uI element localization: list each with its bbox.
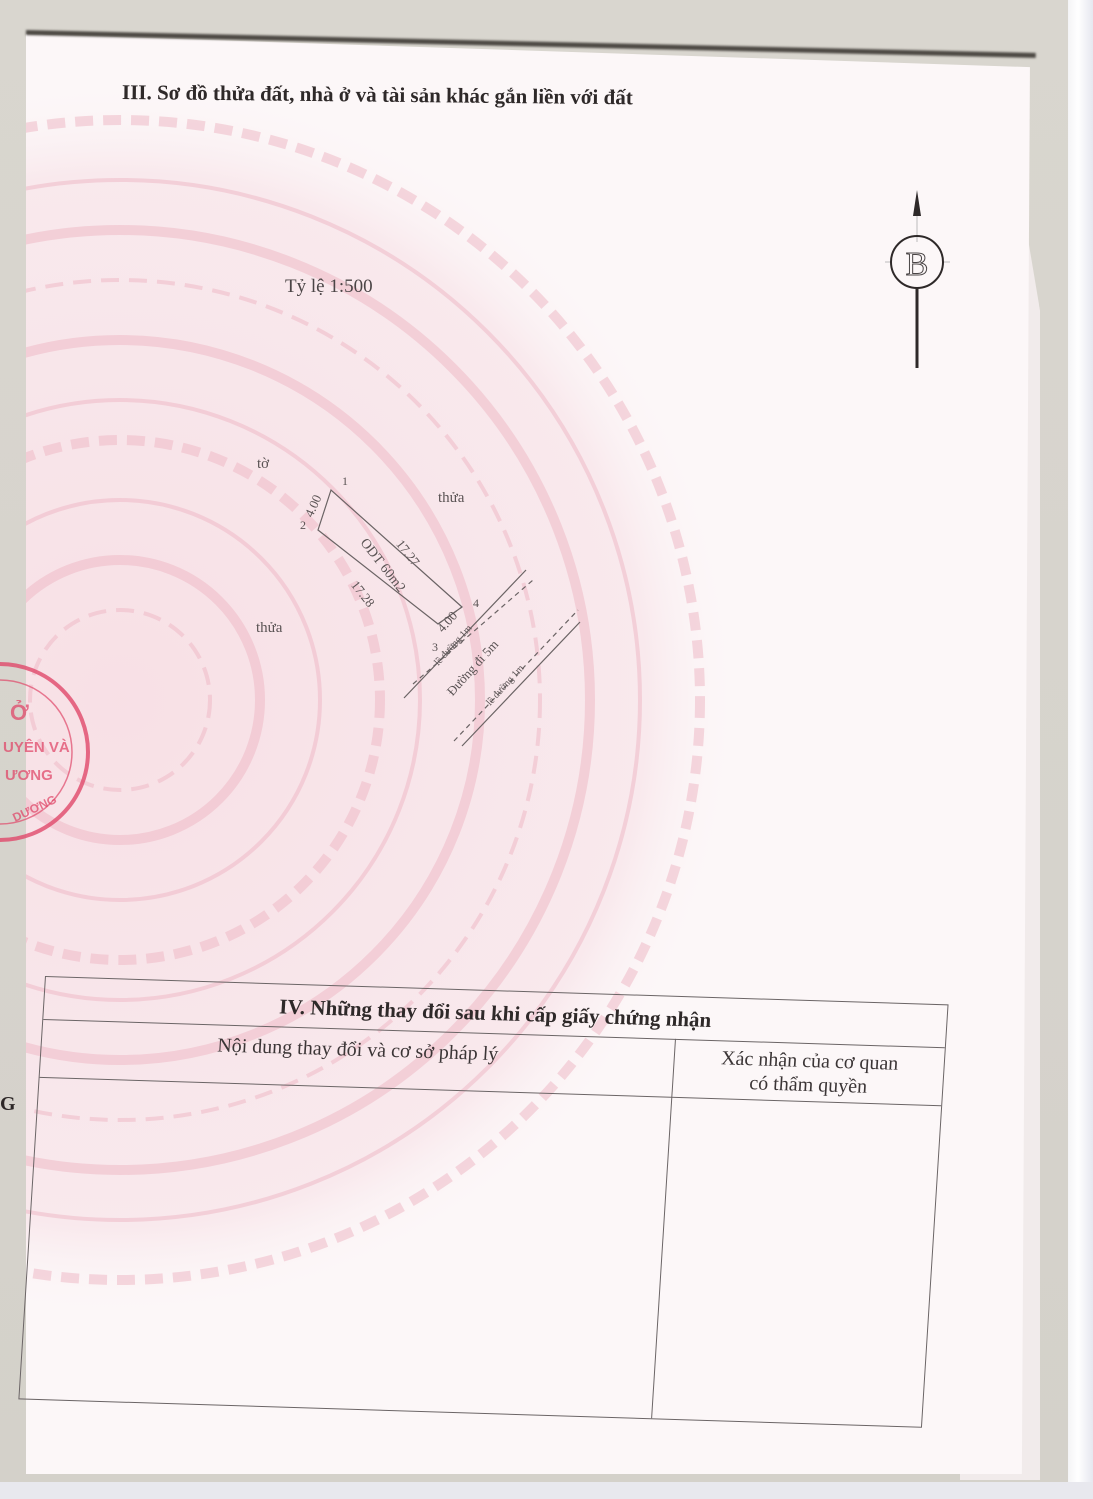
official-seal-stamp: Ở UYÊN VÀ ƯƠNG DƯƠNG [0, 660, 90, 845]
vertex-3: 3 [432, 640, 438, 655]
vertex-4: 4 [473, 596, 479, 611]
svg-text:DƯƠNG: DƯƠNG [10, 792, 58, 824]
changes-table: IV. Những thay đổi sau khi cấp giấy chứn… [18, 976, 948, 1428]
column-header-authority-confirmation: Xác nhận của cơ quan có thẩm quyền [674, 1045, 945, 1101]
vertex-1: 1 [342, 474, 348, 489]
page-edge-text-fragment: G [0, 1093, 16, 1116]
north-arrow-icon: B [880, 180, 960, 370]
svg-text:UYÊN VÀ: UYÊN VÀ [3, 738, 70, 756]
scale-label: Tỷ lệ 1:500 [285, 276, 373, 298]
svg-text:Ở: Ở [10, 700, 29, 725]
neighbor-parcel-north-label: thửa [438, 490, 464, 507]
section-3-title: III. Sơ đồ thửa đất, nhà ở và tài sản kh… [122, 80, 633, 110]
viewer-right-margin [1068, 0, 1093, 1499]
map-sheet-label: tờ [257, 456, 269, 473]
vertex-2: 2 [300, 518, 306, 533]
svg-text:B: B [906, 246, 929, 283]
viewer-bottom-margin [0, 1482, 1093, 1499]
svg-text:ƯƠNG: ƯƠNG [5, 767, 53, 784]
changes-table-title: IV. Những thay đổi sau khi cấp giấy chứn… [279, 994, 712, 1033]
neighbor-parcel-south-label: thửa [256, 620, 282, 637]
